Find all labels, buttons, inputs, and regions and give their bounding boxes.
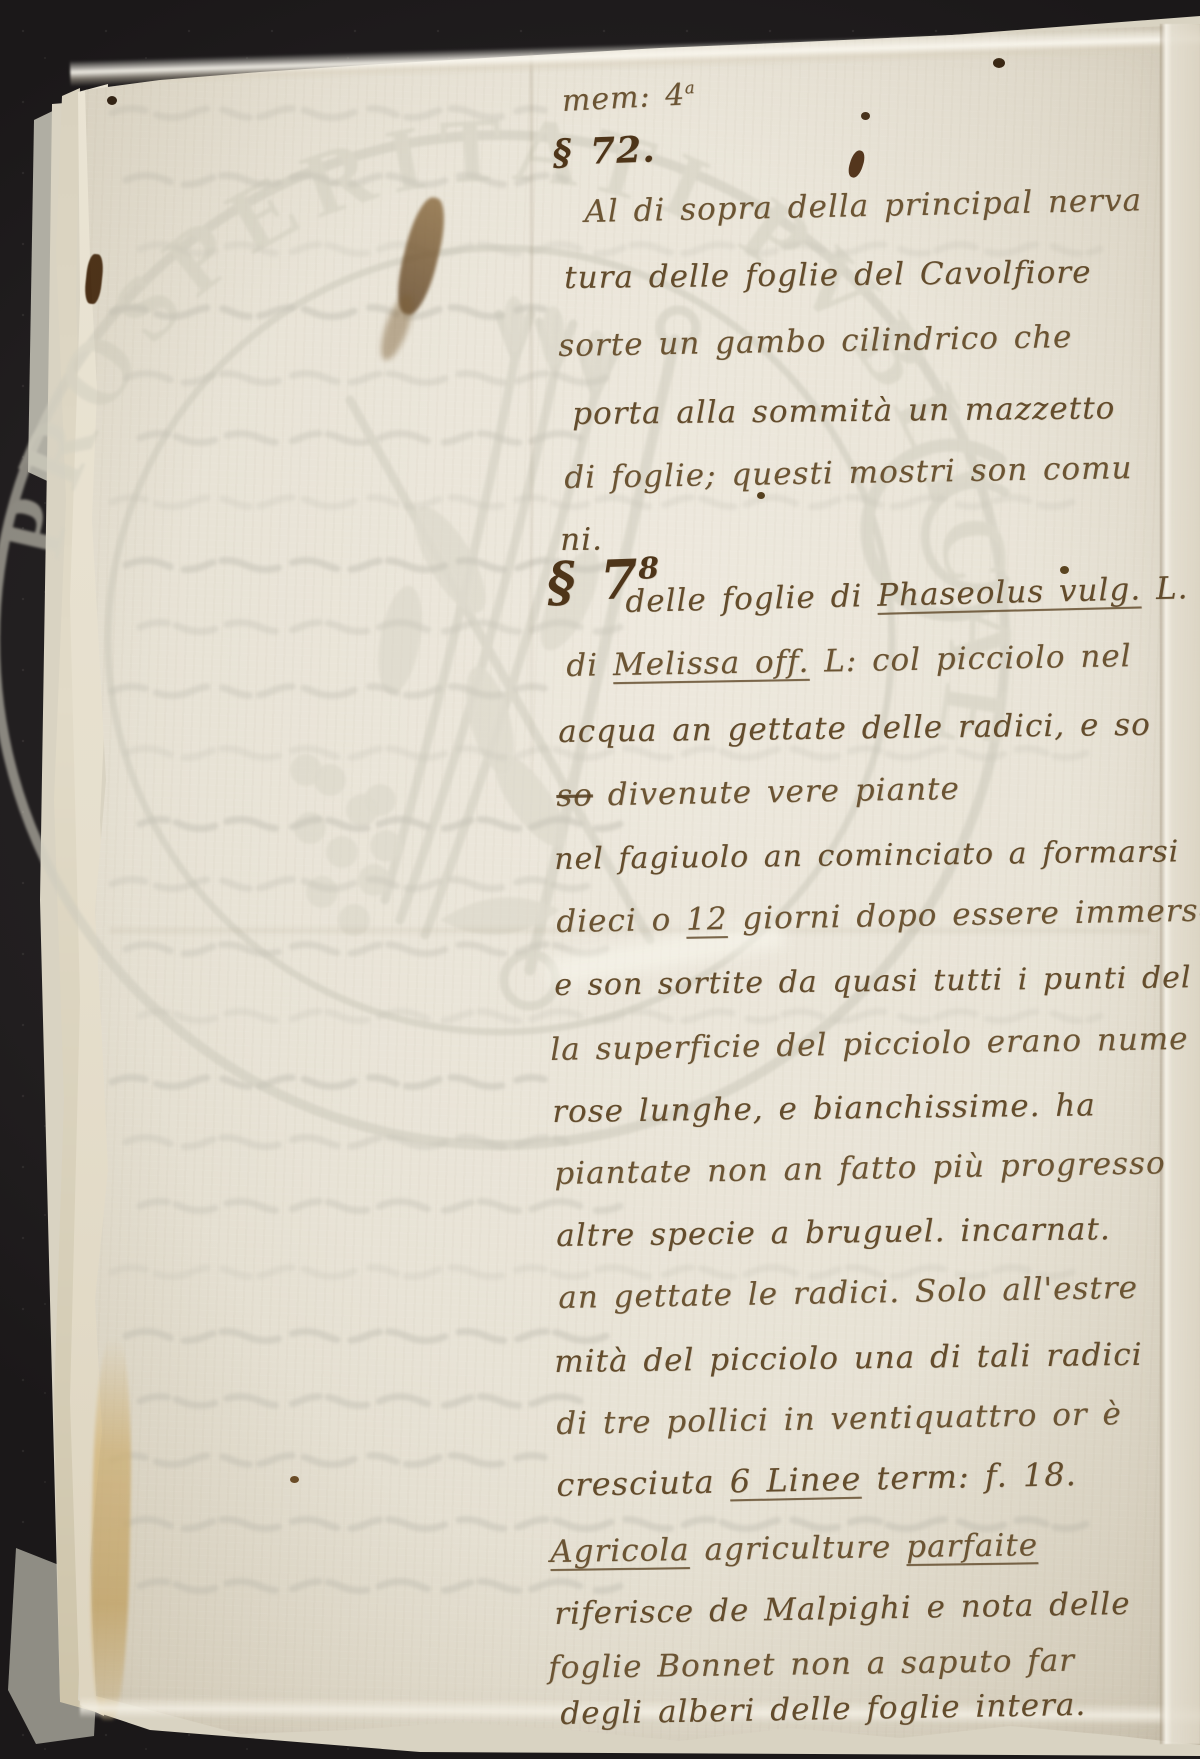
manuscript-line-l9: acqua an gettate delle radici, e so	[558, 707, 1151, 750]
manuscript-line-l10: so divenute vere piante	[556, 771, 960, 814]
text-segment: agriculture	[689, 1529, 906, 1568]
manuscript-line-l8: di Melissa off. L: col picciolo nel	[566, 638, 1132, 684]
manuscript-line-l1: Al di sopra della principal nerva	[584, 182, 1142, 230]
text-segment: nel fagiuolo an cominciato a formarsi	[554, 834, 1179, 877]
manuscript-line-l14: la superficie del picciolo erano nume	[550, 1021, 1189, 1068]
manuscript-line-l2: tura delle foglie del Cavolfiore	[564, 254, 1092, 296]
text-segment: e son sortite da quasi tutti i punti del	[554, 960, 1192, 1003]
text-segment: Phaseolus vulg.	[877, 571, 1142, 613]
manuscript-line-l12: dieci o 12 giorni dopo essere immerse	[556, 892, 1200, 940]
text-segment: a	[684, 78, 696, 98]
handwriting-layer: mem: 4a§ 72.Al di sopra della principal …	[0, 0, 1200, 1759]
text-segment: delle foglie di	[625, 578, 878, 620]
text-segment: tura delle foglie del Cavolfiore	[564, 254, 1092, 296]
text-segment: an gettate le radici. Solo all'estre	[558, 1270, 1138, 1316]
text-segment: Al di sopra della principal nerva	[584, 182, 1142, 230]
text-segment: Melissa off.	[613, 644, 810, 683]
text-segment: piantate non an fatto più progresso	[554, 1145, 1166, 1192]
text-segment: parfaite	[906, 1527, 1038, 1565]
manuscript-line-memo: mem: 4a	[561, 77, 697, 119]
text-segment: di foglie; questi mostri son comu	[564, 450, 1133, 496]
manuscript-line-l25: degli alberi delle foglie intera.	[560, 1687, 1087, 1732]
manuscript-line-sec72: § 72.	[552, 128, 656, 174]
manuscript-line-l7: delle foglie di Phaseolus vulg. L.	[625, 570, 1189, 620]
text-segment: L: col picciolo nel	[809, 638, 1132, 680]
text-segment: degli alberi delle foglie intera.	[560, 1687, 1087, 1732]
text-segment: sorte un gambo cilindrico che	[558, 319, 1073, 364]
text-segment: term: f. 18.	[861, 1455, 1077, 1498]
manuscript-line-l3: sorte un gambo cilindrico che	[558, 319, 1073, 364]
manuscript-line-l23: riferisce de Malpighi e nota delle	[554, 1586, 1131, 1632]
manuscript-line-l13: e son sortite da quasi tutti i punti del	[554, 960, 1192, 1003]
text-segment: foglie Bonnet non a saputo far	[548, 1643, 1075, 1686]
manuscript-line-l5: di foglie; questi mostri son comu	[564, 450, 1133, 496]
text-segment: di	[566, 647, 613, 684]
text-segment: riferisce de Malpighi e nota delle	[554, 1586, 1131, 1632]
text-segment: so	[556, 777, 593, 814]
text-segment: porta alla sommità un mazzetto	[572, 390, 1115, 432]
manuscript-line-l24: foglie Bonnet non a saputo far	[548, 1643, 1075, 1686]
manuscript-line-l16: piantate non an fatto più progresso	[554, 1145, 1166, 1192]
text-segment: § 72.	[552, 128, 656, 174]
text-segment: cresciuta	[556, 1462, 730, 1504]
manuscript-line-l15: rose lunghe, e bianchissime. ha	[552, 1087, 1096, 1130]
manuscript-line-l4: porta alla sommità un mazzetto	[572, 390, 1115, 432]
text-segment: 12	[686, 901, 728, 938]
text-segment: divenute vere piante	[593, 771, 961, 813]
text-segment: altre specie a bruguel. incarnat.	[556, 1211, 1111, 1254]
manuscript-line-l21: cresciuta 6 Linee term: f. 18.	[556, 1455, 1077, 1504]
text-segment: mem: 4	[561, 78, 686, 119]
text-segment: mità del picciolo una di tali radici	[554, 1337, 1143, 1380]
text-segment: acqua an gettate delle radici, e so	[558, 707, 1151, 750]
manuscript-line-l19: mità del picciolo una di tali radici	[554, 1337, 1143, 1380]
text-segment: 6 Linee	[729, 1460, 861, 1501]
text-segment: la superficie del picciolo erano nume	[550, 1021, 1189, 1068]
text-segment: 8	[638, 551, 661, 587]
text-segment: Agricola	[550, 1532, 690, 1570]
manuscript-line-l11: nel fagiuolo an cominciato a formarsi	[554, 834, 1179, 877]
text-segment: rose lunghe, e bianchissime. ha	[552, 1087, 1096, 1130]
text-segment: dieci o	[556, 902, 686, 940]
text-segment: giorni dopo essere immerse	[727, 892, 1200, 937]
manuscript-line-l17: altre specie a bruguel. incarnat.	[556, 1211, 1111, 1254]
manuscript-line-l18: an gettate le radici. Solo all'estre	[558, 1270, 1138, 1316]
manuscript-line-l20: di tre pollici in ventiquattro or è	[556, 1396, 1122, 1442]
text-segment: di tre pollici in ventiquattro or è	[556, 1396, 1122, 1442]
manuscript-line-l22: Agricola agriculture parfaite	[550, 1527, 1038, 1570]
text-segment: L.	[1141, 570, 1189, 607]
